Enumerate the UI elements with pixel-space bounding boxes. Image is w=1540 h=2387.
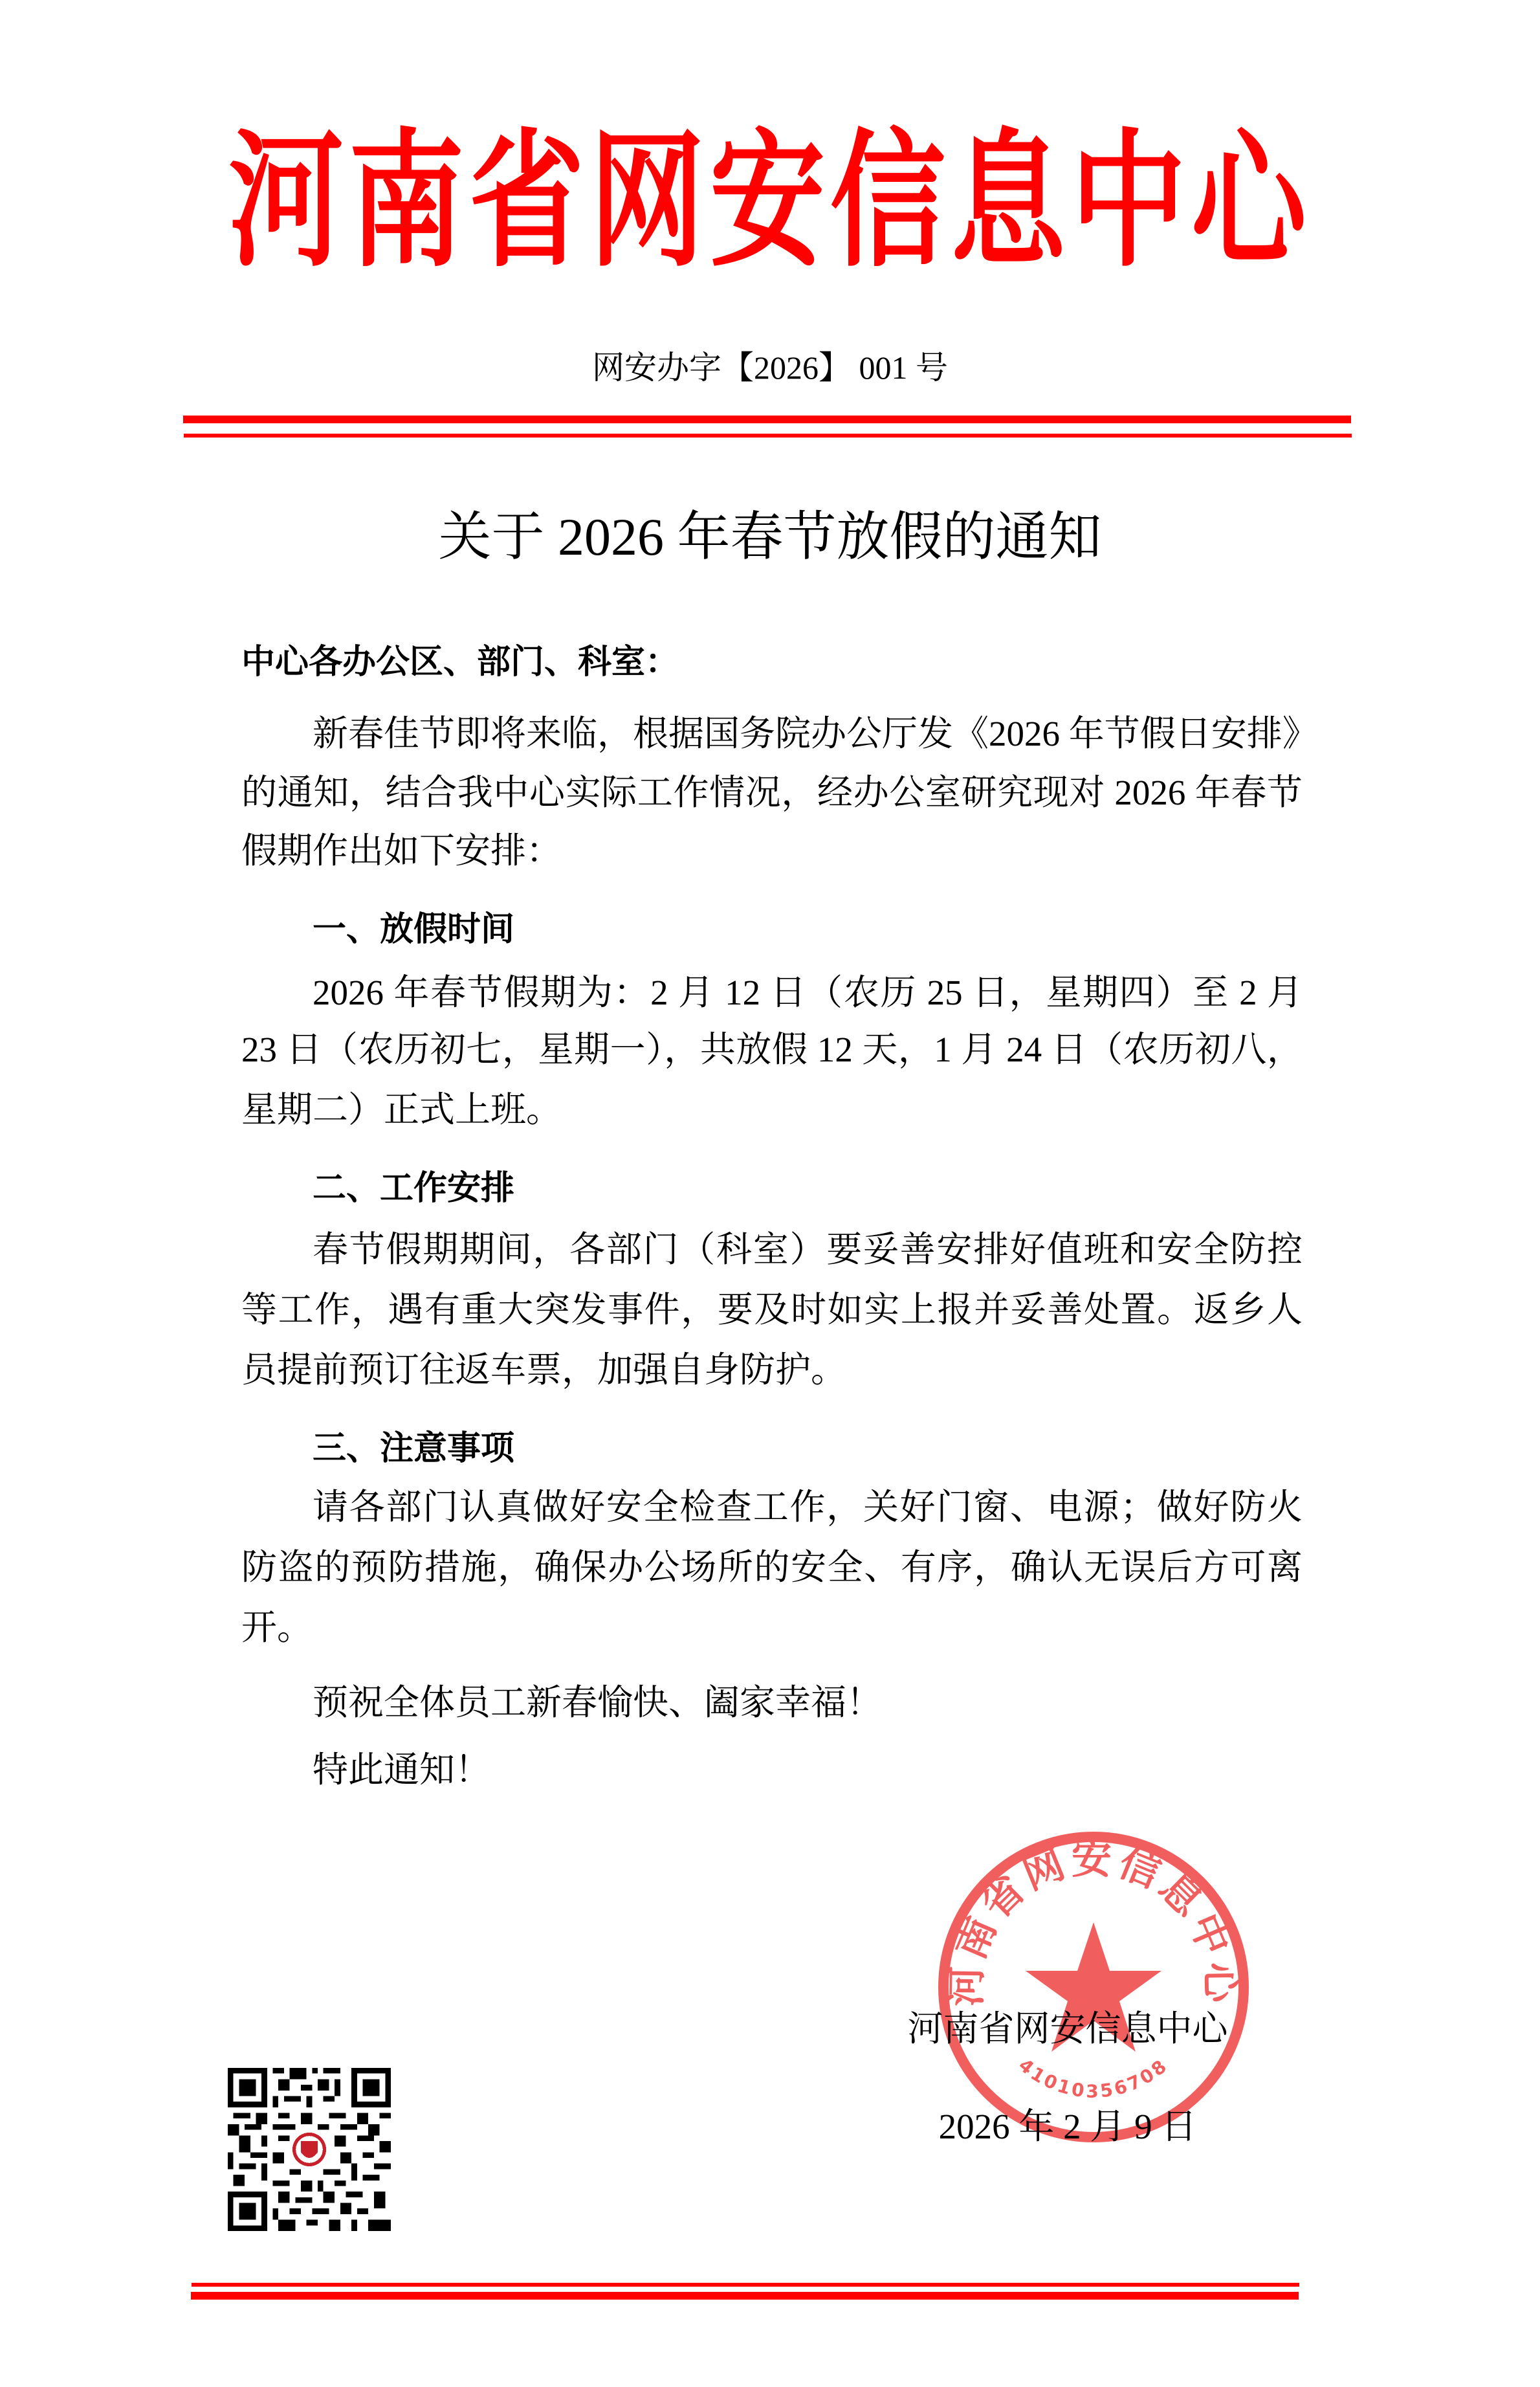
intro-line-3: 假期作出如下安排：: [241, 828, 1303, 874]
qr-code-icon: [228, 2068, 391, 2231]
section-1-heading: 一、放假时间: [313, 907, 1303, 952]
section-3-heading: 三、注意事项: [313, 1426, 1303, 1471]
signature-date: 2026 年 2 月 9 日: [899, 2104, 1236, 2149]
section-2-line-3: 员提前预订往返车票，加强自身防护。: [241, 1348, 1303, 1393]
official-seal: 河南省网安信息中心 41010356708: [932, 1825, 1255, 2149]
document-title: 关于 2026 年春节放假的通知: [0, 505, 1540, 570]
top-rule-thick: [183, 416, 1351, 423]
qr-code[interactable]: [228, 2068, 391, 2231]
section-3-line-3: 开。: [241, 1605, 1303, 1650]
closing: 特此通知！: [313, 1748, 1303, 1793]
org-masthead-title: 河南省网安信息中心: [0, 93, 1540, 309]
section-2-line-2: 等工作，遇有重大突发事件，要及时如实上报并妥善处置。返乡人: [241, 1287, 1303, 1333]
section-2-line-1: 春节假期期间，各部门（科室）要妥善安排好值班和安全防控: [313, 1227, 1303, 1272]
section-1-line-1: 2026 年春节假期为：2 月 12 日（农历 25 日，星期四）至 2 月: [313, 970, 1303, 1016]
section-3-line-2: 防盗的预防措施，确保办公场所的安全、有序，确认无误后方可离: [241, 1545, 1303, 1590]
section-1-line-3: 星期二）正式上班。: [241, 1087, 1303, 1133]
bottom-rule-thin: [192, 2283, 1299, 2287]
bottom-rule-thick: [191, 2292, 1299, 2300]
intro-line-2: 的通知，结合我中心实际工作情况，经办公室研究现对 2026 年春节: [241, 770, 1303, 816]
signature-org: 河南省网安信息中心: [899, 2006, 1236, 2052]
document-number: 网安办字【2026】 001 号: [0, 348, 1540, 387]
section-1-line-2: 23 日（农历初七，星期一），共放假 12 天，1 月 24 日（农历初八，: [241, 1027, 1303, 1072]
seal-icon: 河南省网安信息中心 41010356708: [932, 1825, 1255, 2149]
shield-logo-icon: [292, 2133, 326, 2166]
section-3-line-1: 请各部门认真做好安全检查工作，关好门窗、电源；做好防火: [313, 1485, 1303, 1530]
top-rule-thin: [184, 434, 1352, 438]
salutation: 中心各办公区、部门、科室：: [241, 639, 1303, 685]
intro-line-1: 新春佳节即将来临，根据国务院办公厅发《2026 年节假日安排》: [313, 711, 1303, 757]
section-2-heading: 二、工作安排: [313, 1166, 1303, 1211]
greeting: 预祝全体员工新春愉快、阖家幸福！: [313, 1680, 1303, 1726]
svg-text:41010356708: 41010356708: [1015, 2054, 1172, 2102]
